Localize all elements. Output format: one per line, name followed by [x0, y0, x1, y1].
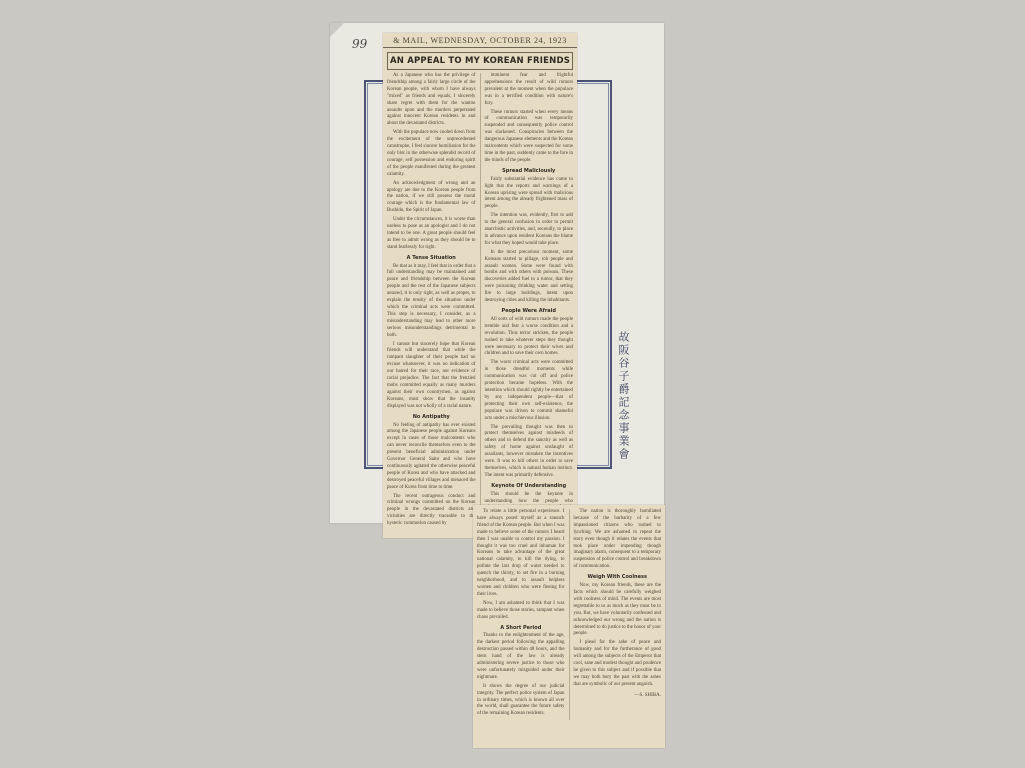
article-headline: AN APPEAL TO MY KOREAN FRIENDS [387, 52, 573, 70]
paragraph: An acknowledgment of wrong and an apolog… [387, 181, 476, 216]
continuation-column-left: To relate a little personal experience. … [477, 509, 565, 720]
paragraph: The recent outrageous conduct and crimin… [387, 494, 476, 529]
paragraph: Be that as it may, I feel that in order … [387, 264, 476, 340]
subheading: People Were Afraid [485, 308, 574, 315]
paragraph: Now, I am ashamed to think that I was ma… [477, 601, 565, 622]
paragraph: It shows the degree of our judicial inte… [477, 684, 565, 719]
masthead-dateline: & MAIL, WEDNESDAY, OCTOBER 24, 1923 [383, 33, 577, 48]
paragraph: I plead for the sake of peace and humani… [574, 640, 662, 688]
folded-corner [330, 23, 344, 37]
article-column-right: imminent fear and frightful apprehension… [485, 73, 574, 538]
paragraph: No feeling of antipathy has ever existed… [387, 423, 476, 492]
paragraph: The intention was, evidently, first to a… [485, 213, 574, 248]
column-rule [569, 509, 570, 720]
publisher-vertical-title: 故阪谷子爵記念事業會 [617, 331, 631, 461]
paragraph: These rumors started when every means of… [485, 110, 574, 165]
subheading: Keynote Of Understanding [485, 483, 574, 490]
paragraph: With the populace now cooled down from t… [387, 130, 476, 178]
paragraph: As a Japanese who has the privilege of f… [387, 73, 476, 128]
paragraph: All sorts of wild rumors made the people… [485, 317, 574, 358]
newspaper-clipping-main: & MAIL, WEDNESDAY, OCTOBER 24, 1923 AN A… [383, 33, 577, 538]
paragraph: Fairly substantial evidence has come to … [485, 177, 574, 212]
paragraph: Under the circumstances, it is worse tha… [387, 217, 476, 252]
article-column-left: As a Japanese who has the privilege of f… [387, 73, 476, 538]
continuation-column-right: The nation is thoroughly humiliated beca… [574, 509, 662, 720]
paragraph: Thanks to the enlightenment of the age, … [477, 633, 565, 681]
newspaper-clipping-continuation: To relate a little personal experience. … [473, 505, 665, 748]
subheading: Weigh With Coolness [574, 574, 662, 581]
paragraph: imminent fear and frightful apprehension… [485, 73, 574, 108]
subheading: A Short Period [477, 625, 565, 632]
column-rule [480, 73, 481, 538]
subheading: A Tense Situation [387, 255, 476, 262]
paragraph: The prevailing thought was then to prote… [485, 425, 574, 480]
byline-signature: —S. SHIBA. [574, 693, 662, 700]
page-number: 99 [352, 37, 367, 51]
paragraph: Now, my Korean friends, these are the fa… [574, 583, 662, 638]
subheading: Spread Maliciously [485, 168, 574, 175]
paragraph: I cannot but sincerely hope that Korean … [387, 342, 476, 411]
paragraph: The nation is thoroughly humiliated beca… [574, 509, 662, 571]
paragraph: In the most precarious moment, some Kore… [485, 250, 574, 305]
paragraph: To relate a little personal experience. … [477, 509, 565, 599]
subheading: No Antipathy [387, 414, 476, 421]
paragraph: The worst criminal acts were committed i… [485, 360, 574, 422]
